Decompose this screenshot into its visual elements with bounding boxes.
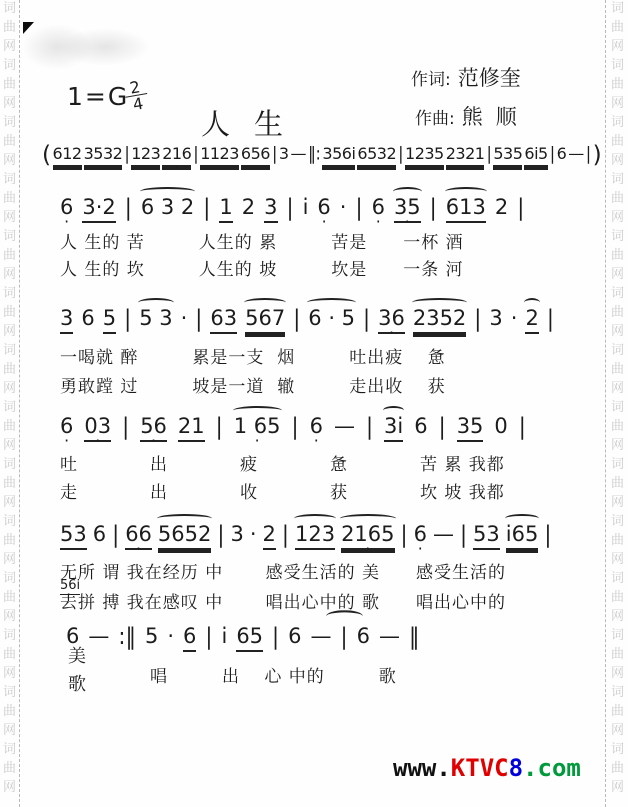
- notation-token: 53: [60, 521, 87, 550]
- notation-token: 6 3 2: [141, 194, 194, 221]
- notation-token: 123: [295, 521, 335, 550]
- notation-token: —: [311, 623, 332, 650]
- notation-token: 6: [357, 623, 370, 650]
- notation-token: 65: [236, 623, 263, 652]
- lyric-line: 无所 谓 我在经历 中 感受生活的 美 感受生活的: [60, 558, 506, 583]
- notation-token: ‖: [409, 621, 420, 652]
- notation-token: |: [474, 303, 481, 334]
- notation-token: ·: [511, 305, 518, 332]
- notation-token: 2: [495, 194, 508, 221]
- notation-token: 6: [183, 623, 196, 652]
- notation-token: 21: [178, 413, 205, 442]
- notation-token: 2: [525, 305, 538, 334]
- notation-token: i: [303, 194, 309, 221]
- notation-token: |: [272, 621, 279, 652]
- notation-token: 3532: [84, 144, 123, 167]
- notation-line: (6123532|123216|1123656|3—‖:356i6532|123…: [42, 144, 601, 167]
- notation-token: |: [287, 192, 294, 223]
- notation-token: |: [439, 411, 446, 442]
- notation-token: |: [112, 519, 119, 550]
- notation-token: 35: [457, 413, 484, 442]
- notation-token: 6i5: [524, 144, 547, 167]
- notation-token: |: [550, 143, 555, 166]
- notation-token: 1 65: [234, 413, 281, 440]
- notation-token: ‖:: [308, 143, 320, 166]
- notation-token: |: [544, 519, 551, 550]
- pickup-notes: 56i: [60, 578, 80, 595]
- notation-token: |: [517, 192, 524, 223]
- notation-token: 6: [60, 194, 73, 221]
- notation-token: 2321: [446, 144, 485, 167]
- lyric-line: 吐 出 疲 惫 苦 累 我都: [60, 450, 505, 475]
- notation-token: 63: [210, 305, 237, 334]
- notation-token: |: [217, 519, 224, 550]
- footer-logo-segment: KTVC: [451, 754, 509, 782]
- notation-token: 2: [263, 521, 276, 550]
- notation-token: —: [379, 623, 400, 650]
- notation-token: |: [341, 621, 348, 652]
- notation-token: 3: [230, 521, 243, 548]
- notation-token: 0: [494, 413, 507, 440]
- notation-token: 3: [60, 305, 73, 334]
- lyric-line: 人 生的 苦 人生的 累 苦是 一杯 酒: [60, 228, 464, 253]
- lyric-line: 去拼 搏 我在感叹 中 唱出心中的 歌 唱出心中的: [60, 588, 506, 613]
- notation-token: 613: [446, 194, 486, 223]
- notation-token: 6: [93, 521, 106, 548]
- notation-token: —: [568, 144, 584, 165]
- notation-token: |: [124, 143, 129, 166]
- notation-token: i65: [506, 521, 539, 550]
- notation-token: 6: [288, 623, 301, 650]
- notation-token: ·: [181, 305, 188, 332]
- notation-token: |: [203, 192, 210, 223]
- notation-token: 36: [378, 305, 405, 334]
- notation-token: |: [366, 411, 373, 442]
- notation-token: 03: [84, 413, 111, 442]
- notation-token: |: [124, 303, 131, 334]
- notation-token: |: [460, 519, 467, 550]
- system-line-2: 365|5 3·|63567|6 · 5|362352|3·2|一喝就 醉 累是…: [60, 305, 554, 334]
- notation-token: ): [593, 143, 602, 166]
- notation-token: 123: [131, 144, 160, 167]
- lyric-line: 走 出 收 获 坎 坡 我都: [60, 478, 505, 503]
- notation-token: (: [42, 143, 51, 166]
- notation-token: 6: [414, 521, 427, 548]
- notation-token: 1123: [200, 144, 239, 167]
- footer-logo-segment: 8: [509, 754, 523, 782]
- system-line-3: 603|5621|1 65|6—|3i6|350|吐 出 疲 惫 苦 累 我都走…: [60, 413, 526, 442]
- footer-logo-segment: www.: [393, 754, 451, 782]
- notation-token: |: [193, 143, 198, 166]
- notation-token: —: [291, 144, 307, 165]
- notation-token: |: [486, 143, 491, 166]
- lyric-line: 人 生的 坎 人生的 坡 坎是 一条 河: [60, 255, 464, 280]
- notation-token: |: [122, 411, 129, 442]
- notation-token: |: [430, 192, 437, 223]
- notation-token: |: [355, 192, 362, 223]
- notation-token: 1: [219, 194, 232, 223]
- notation-token: |: [547, 303, 554, 334]
- notation-token: |: [401, 519, 408, 550]
- notation-token: 3·2: [82, 194, 115, 223]
- notation-token: |: [293, 303, 300, 334]
- stacked-syllable: 美: [68, 648, 86, 666]
- lyric-line: 勇敢蹚 过 坡是一道 辙 走出收 获: [60, 372, 446, 397]
- notation-line: 365|5 3·|63567|6 · 5|362352|3·2|: [60, 305, 554, 334]
- notation-line: 63·2|6 3 2|123|i6·|635|6132|: [60, 194, 524, 223]
- notation-token: 567: [245, 305, 285, 334]
- notation-token: —: [88, 623, 109, 650]
- notation-token: 53: [473, 521, 500, 550]
- notation-token: 3: [264, 194, 277, 223]
- notation-token: 2165: [341, 521, 394, 550]
- notation-token: |: [216, 411, 223, 442]
- notation-token: 2352: [413, 305, 466, 334]
- scanned-sheet-music-page: 词曲网词曲网词曲网词曲网词曲网词曲网词曲网词曲网词曲网词曲网词曲网词曲网词曲网词…: [0, 0, 628, 807]
- notation-token: —: [334, 413, 355, 440]
- system-line-1: 63·2|6 3 2|123|i6·|635|6132|人 生的 苦 人生的 累…: [60, 194, 524, 223]
- notation-token: 3i: [384, 413, 403, 442]
- notation-token: |: [272, 143, 277, 166]
- notation-token: 56: [140, 413, 167, 442]
- notation-token: 1235: [405, 144, 444, 167]
- notation-token: 5: [145, 623, 158, 650]
- notation-token: 6: [60, 413, 73, 440]
- notation-token: 6: [317, 194, 330, 221]
- notation-token: 6: [557, 144, 567, 165]
- notation-token: 6: [310, 413, 323, 440]
- notation-token: 66: [125, 521, 152, 550]
- notation-token: —: [433, 521, 454, 548]
- notation-token: 5652: [158, 521, 211, 550]
- notation-token: ·: [167, 623, 174, 650]
- system-intro: (6123532|123216|1123656|3—‖:356i6532|123…: [42, 144, 601, 167]
- footer-site-logo: www.KTVC8.com: [393, 754, 581, 782]
- notation-token: |: [205, 621, 212, 652]
- notation-token: :‖: [118, 621, 136, 652]
- notation-line: 603|5621|1 65|6—|3i6|350|: [60, 413, 526, 442]
- notation-token: i: [221, 623, 227, 650]
- notation-token: ·: [250, 521, 257, 548]
- notation-line: 536|665652|3·2|1232165|6—|53i65|: [60, 521, 551, 550]
- notation-token: |: [125, 192, 132, 223]
- notation-token: 356i: [322, 144, 355, 167]
- notation-token: 535: [493, 144, 522, 167]
- lyric-line: 一喝就 醉 累是一支 烟 吐出疲 惫: [60, 343, 446, 368]
- notation-token: 656: [241, 144, 270, 167]
- notation-token: 5: [103, 305, 116, 334]
- notation-token: 3: [279, 144, 289, 165]
- notation-line: 6—:‖5·6|i65|6—|6—‖: [66, 623, 419, 652]
- notation-token: |: [292, 411, 299, 442]
- notation-token: 6: [414, 413, 427, 440]
- stacked-syllable: 歌: [68, 676, 86, 694]
- notation-token: 216: [162, 144, 191, 167]
- system-line-4: 536|665652|3·2|1232165|6—|53i65|无所 谓 我在经…: [60, 521, 551, 550]
- notation-token: 612: [53, 144, 82, 167]
- footer-logo-segment: .com: [523, 754, 581, 782]
- notation-token: 6: [372, 194, 385, 221]
- lyric-line: 唱 出 心 中的 歌: [150, 662, 397, 687]
- notation-token: 35: [394, 194, 421, 223]
- notation-token: |: [586, 143, 591, 166]
- notation-token: 6: [81, 305, 94, 332]
- notation-token: |: [398, 143, 403, 166]
- notation-token: 3: [489, 305, 502, 332]
- notation-token: 2: [242, 194, 255, 221]
- system-line-5: 6—:‖5·6|i65|6—|6—‖唱 出 心 中的 歌美歌: [66, 623, 419, 652]
- notation-token: |: [282, 519, 289, 550]
- notation-token: |: [195, 303, 202, 334]
- notation-token: 6 · 5: [308, 305, 355, 332]
- notation-token: |: [363, 303, 370, 334]
- notation-token: 5 3: [139, 305, 172, 332]
- notation-token: 6532: [357, 144, 396, 167]
- notation-token: ·: [340, 194, 347, 221]
- notation-token: |: [519, 411, 526, 442]
- music-systems: (6123532|123216|1123656|3—‖:356i6532|123…: [0, 0, 628, 807]
